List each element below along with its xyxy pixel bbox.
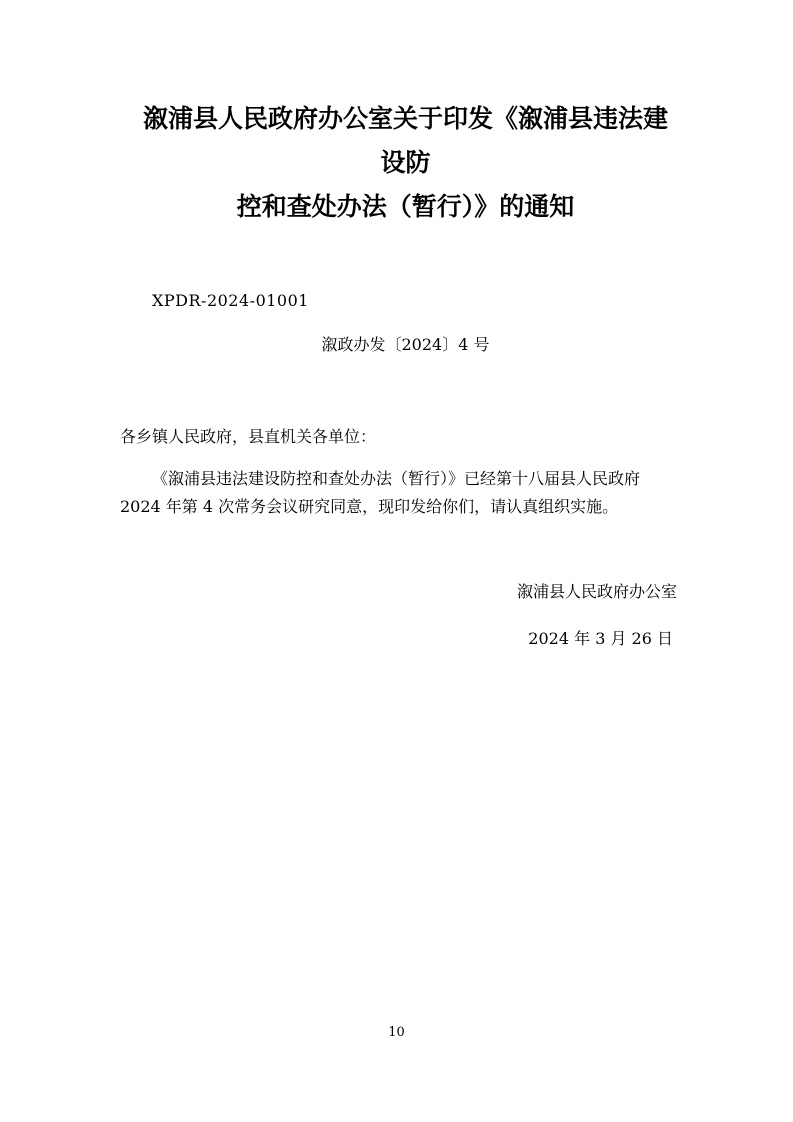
salutation-line: 各乡镇人民政府，县直机关各单位： bbox=[120, 425, 677, 449]
doc-number: 溆政办发〔2024〕4 号 bbox=[134, 332, 677, 358]
title-line-2: 控和查处办法（暂行）》的通知 bbox=[134, 185, 677, 229]
body-paragraph: 《溆浦县违法建设防控和查处办法（暂行）》已经第十八届县人民政府 2024 年第 … bbox=[120, 465, 677, 521]
signature-organization: 溆浦县人民政府办公室 bbox=[120, 580, 677, 604]
page-number: 10 bbox=[0, 1024, 793, 1042]
title-line-1: 溆浦县人民政府办公室关于印发《溆浦县违法建设防 bbox=[134, 97, 677, 185]
page-title: 溆浦县人民政府办公室关于印发《溆浦县违法建设防 控和查处办法（暂行）》的通知 bbox=[134, 97, 677, 229]
doc-index-number: XPDR-2024-01001 bbox=[120, 290, 677, 312]
signature-date: 2024 年 3 月 26 日 bbox=[120, 627, 673, 651]
document-page: 溆浦县人民政府办公室关于印发《溆浦县违法建设防 控和查处办法（暂行）》的通知 X… bbox=[0, 0, 793, 1122]
